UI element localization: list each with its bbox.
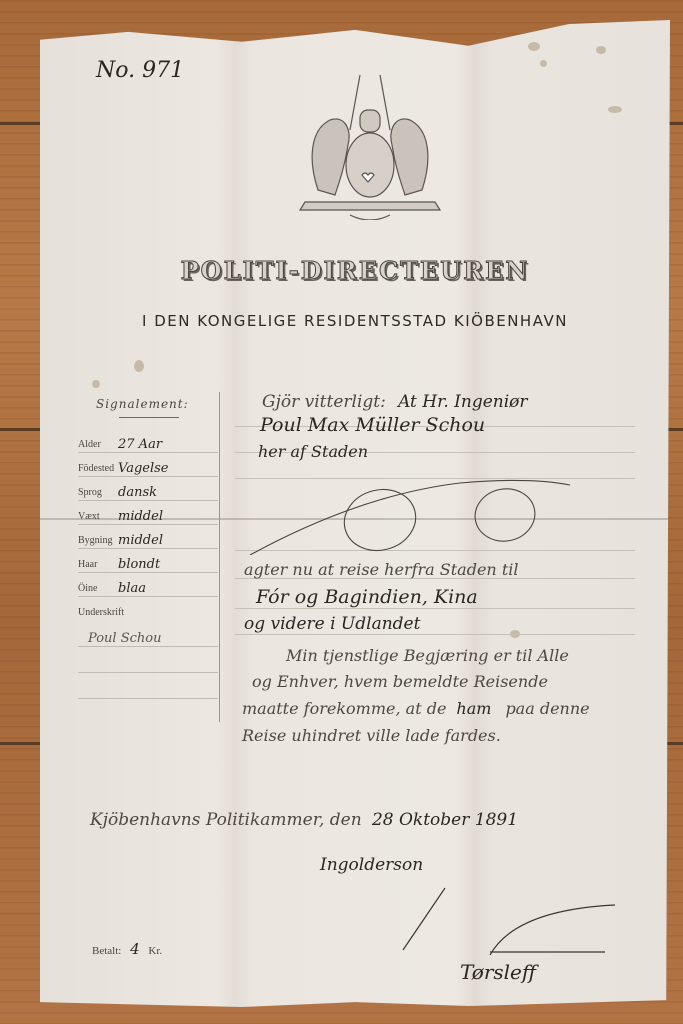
opening-printed: Gjör vitterligt:	[262, 392, 386, 412]
field-value: middel	[118, 509, 163, 524]
signalement-row-age: Alder 27 Aar	[78, 430, 218, 453]
field-value: blondt	[118, 557, 160, 572]
ruled-line	[235, 608, 635, 609]
director-signature: Tørsleff	[460, 960, 536, 984]
issue-date: 28 Oktober 1891	[372, 810, 518, 830]
stain	[608, 106, 622, 113]
issue-place-date: Kjöbenhavns Politikammer, den 28 Oktober…	[90, 810, 518, 830]
field-label: Bygning	[78, 535, 112, 546]
fee-amount: 4	[130, 940, 140, 958]
request-line-4: Reise uhindret ville lade fardes.	[242, 726, 501, 745]
stain	[528, 42, 540, 51]
royal-coat-of-arms-icon	[290, 70, 450, 220]
residence-line: her af Staden	[258, 442, 368, 461]
request-line-1: Min tjenstlige Begjæring er til Alle	[286, 646, 569, 665]
fee-label: Betalt:	[92, 945, 121, 957]
field-label: Alder	[78, 439, 101, 450]
travel-intent-line: agter nu at reise herfra Staden til	[244, 560, 518, 579]
request-text: maatte forekomme, at de	[242, 699, 446, 718]
request-line-3: maatte forekomme, at de ham paa denne	[242, 699, 590, 719]
field-label: Födested	[78, 463, 114, 474]
issue-place: Kjöbenhavns Politikammer, den	[90, 810, 362, 830]
stain	[134, 360, 144, 372]
signalement-row-signature-label: Underskrift	[78, 598, 218, 620]
fee-paid: Betalt: 4 Kr.	[92, 940, 162, 958]
signalement-section: Signalement: Alder 27 Aar Födested Vagel…	[74, 392, 220, 722]
field-label: Öine	[78, 583, 97, 594]
fee-unit: Kr.	[148, 945, 162, 957]
field-value: middel	[118, 533, 163, 548]
signalement-row-eyes: Öine blaa	[78, 574, 218, 597]
document-number: No. 971	[96, 58, 184, 83]
stain	[596, 46, 606, 54]
field-value: Vagelse	[118, 461, 168, 476]
divider	[119, 417, 179, 418]
field-value: 27 Aar	[118, 437, 162, 452]
field-label: Underskrift	[78, 607, 124, 618]
clerk-signature: Ingolderson	[320, 855, 423, 875]
destination-line-1: Fór og Bagindien, Kina	[256, 586, 478, 608]
signalement-row-build: Bygning middel	[78, 526, 218, 549]
signalement-row-birthplace: Födested Vagelse	[78, 454, 218, 477]
holder-name: Poul Max Müller Schou	[260, 414, 485, 436]
number-value: 971	[142, 58, 184, 83]
decorative-flourish	[240, 475, 580, 555]
signalement-row-empty	[78, 650, 218, 673]
stain	[540, 60, 547, 67]
opening-handwritten: At Hr. Ingeniør	[398, 392, 527, 412]
destination-line-2: og videre i Udlandet	[244, 614, 420, 634]
field-label: Væxt	[78, 511, 100, 522]
field-label: Sprog	[78, 487, 102, 498]
field-value: dansk	[118, 485, 157, 500]
signalement-row-height: Væxt middel	[78, 502, 218, 525]
signalement-heading: Signalement:	[96, 397, 189, 411]
page-title: POLITI-DIRECTEUREN	[40, 256, 670, 285]
request-line-2: og Enhver, hvem bemeldte Reisende	[252, 672, 548, 691]
holder-signature: Poul Schou	[88, 631, 161, 646]
ruled-line	[235, 634, 635, 635]
number-prefix: No.	[96, 58, 135, 83]
page-subtitle: I DEN KONGELIGE RESIDENTSSTAD KIÖBENHAVN	[40, 312, 670, 330]
stain	[92, 380, 100, 388]
signalement-row-signature: Poul Schou	[78, 624, 218, 647]
signalement-row-empty	[78, 676, 218, 699]
inserted-pronoun: ham	[456, 699, 491, 718]
request-text: paa denne	[505, 699, 589, 718]
field-label: Haar	[78, 559, 97, 570]
field-value: blaa	[118, 581, 146, 596]
signalement-row-language: Sprog dansk	[78, 478, 218, 501]
opening-line: Gjör vitterligt: At Hr. Ingeniør	[262, 392, 528, 412]
signalement-row-hair: Haar blondt	[78, 550, 218, 573]
passport-document: No. 971 POLITI-DIRECTEUREN I DEN KONGELI…	[40, 20, 670, 1010]
